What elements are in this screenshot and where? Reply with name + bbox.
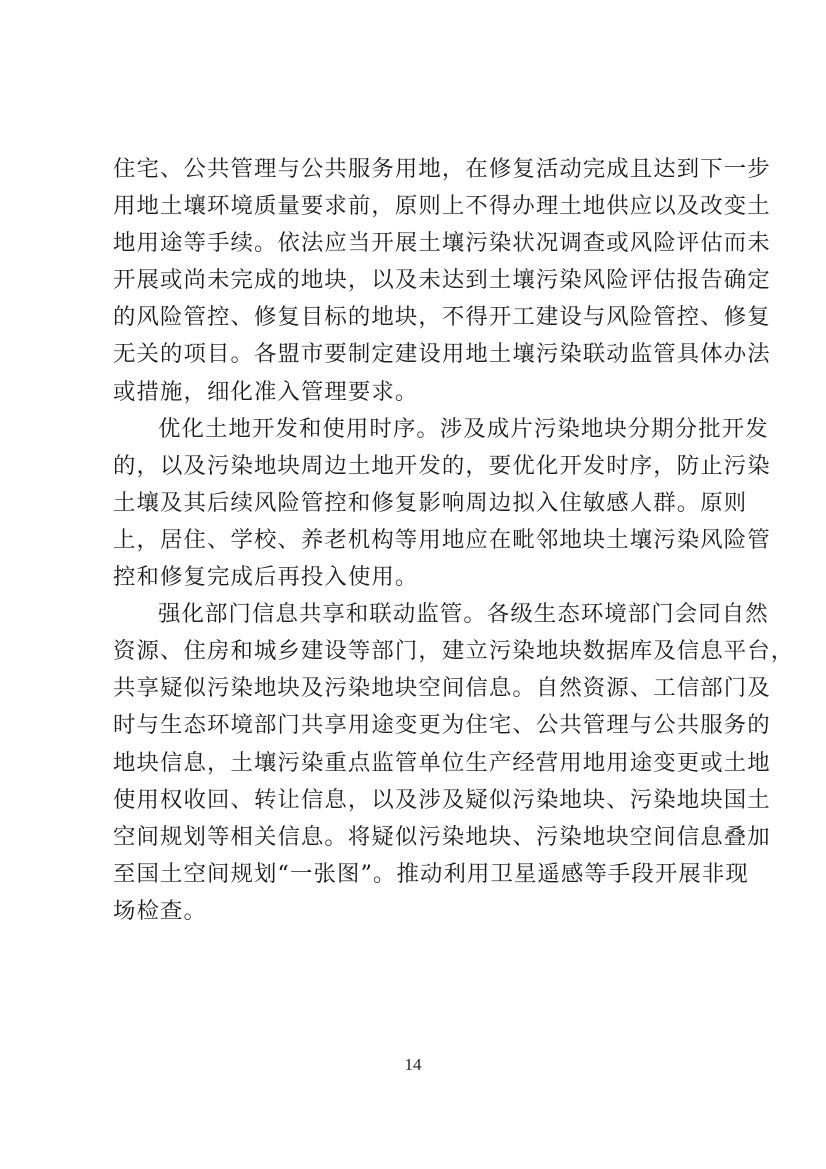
text-line: 地块信息，土壤污染重点监管单位生产经营用地用途变更或土地 — [113, 745, 721, 782]
text-line: 住宅、公共管理与公共服务用地，在修复活动完成且达到下一步 — [113, 151, 721, 188]
text-line: 无关的项目。各盟市要制定建设用地土壤污染联动监管具体办法 — [113, 336, 721, 373]
text-line: 优化土地开发和使用时序。涉及成片污染地块分期分批开发 — [113, 411, 721, 448]
text-line: 强化部门信息共享和联动监管。各级生态环境部门会同自然 — [113, 596, 721, 633]
text-line: 至国土空间规划“一张图”。推动利用卫星遥感等手段开展非现 — [113, 856, 721, 893]
text-line: 用地土壤环境质量要求前，原则上不得办理土地供应以及改变土 — [113, 188, 721, 225]
text-line: 场检查。 — [113, 893, 721, 930]
text-line: 资源、住房和城乡建设等部门，建立污染地块数据库及信息平台， — [113, 633, 721, 670]
text-line: 的风险管控、修复目标的地块，不得开工建设与风险管控、修复 — [113, 299, 721, 336]
body-text: 住宅、公共管理与公共服务用地，在修复活动完成且达到下一步 用地土壤环境质量要求前… — [113, 151, 721, 930]
paragraph-2: 优化土地开发和使用时序。涉及成片污染地块分期分批开发 的，以及污染地块周边土地开… — [113, 411, 721, 596]
paragraph-1: 住宅、公共管理与公共服务用地，在修复活动完成且达到下一步 用地土壤环境质量要求前… — [113, 151, 721, 411]
text-line: 共享疑似污染地块及污染地块空间信息。自然资源、工信部门及 — [113, 670, 721, 707]
document-page: 住宅、公共管理与公共服务用地，在修复活动完成且达到下一步 用地土壤环境质量要求前… — [0, 0, 826, 1169]
text-line: 开展或尚未完成的地块，以及未达到土壤污染风险评估报告确定 — [113, 262, 721, 299]
text-line: 上，居住、学校、养老机构等用地应在毗邻地块土壤污染风险管 — [113, 522, 721, 559]
page-number: 14 — [0, 1055, 826, 1075]
text-line: 控和修复完成后再投入使用。 — [113, 559, 721, 596]
text-line: 空间规划等相关信息。将疑似污染地块、污染地块空间信息叠加 — [113, 819, 721, 856]
paragraph-3: 强化部门信息共享和联动监管。各级生态环境部门会同自然 资源、住房和城乡建设等部门… — [113, 596, 721, 930]
text-line: 的，以及污染地块周边土地开发的，要优化开发时序，防止污染 — [113, 448, 721, 485]
text-line: 地用途等手续。依法应当开展土壤污染状况调查或风险评估而未 — [113, 225, 721, 262]
text-line: 或措施，细化准入管理要求。 — [113, 374, 721, 411]
text-line: 时与生态环境部门共享用途变更为住宅、公共管理与公共服务的 — [113, 707, 721, 744]
text-line: 土壤及其后续风险管控和修复影响周边拟入住敏感人群。原则 — [113, 485, 721, 522]
text-line: 使用权收回、转让信息，以及涉及疑似污染地块、污染地块国土 — [113, 782, 721, 819]
